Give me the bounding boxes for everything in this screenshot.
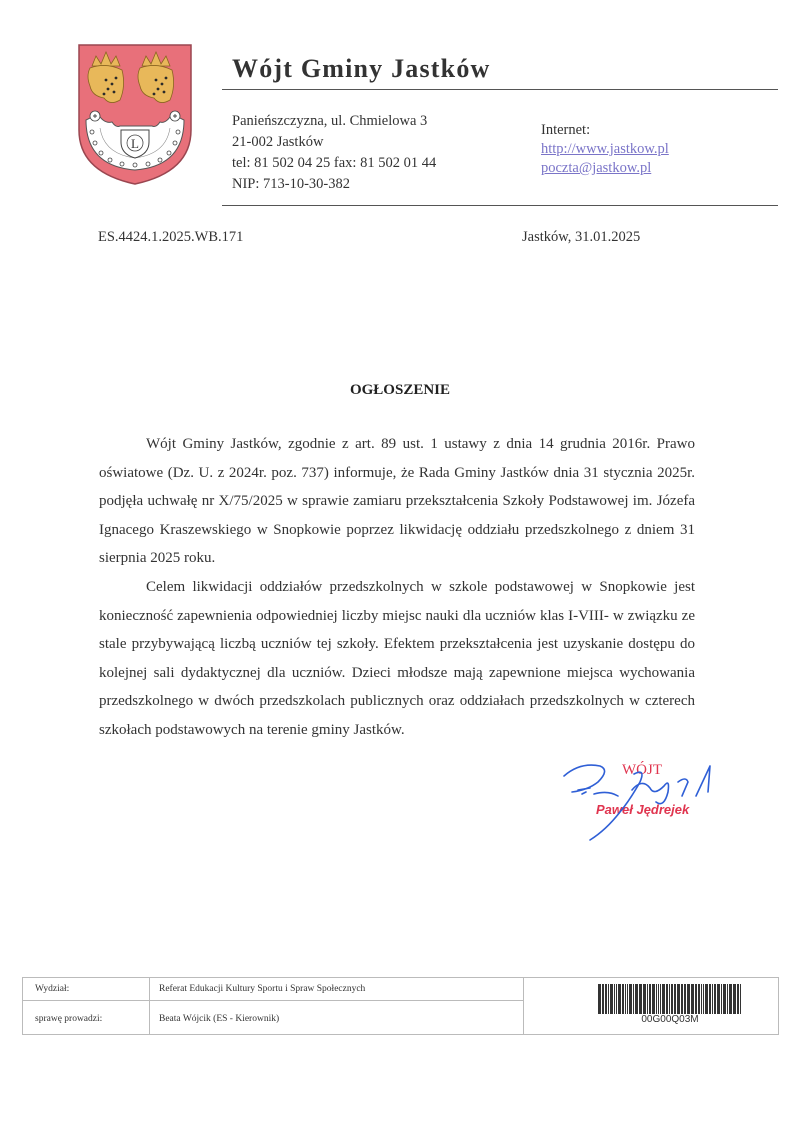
body-paragraph: Wójt Gminy Jastków, zgodnie z art. 89 us…	[99, 430, 695, 573]
footer-value-handler: Beata Wójcik (ES - Kierownik)	[159, 1014, 279, 1024]
website-link[interactable]: http://www.jastkow.pl	[541, 140, 669, 159]
header-bottom-divider	[222, 205, 778, 206]
letterhead-internet: Internet: http://www.jastkow.pl poczta@j…	[541, 121, 669, 178]
letterhead-title: Wójt Gminy Jastków	[232, 54, 491, 84]
footer-table: Wydział: Referat Edukacji Kultury Sportu…	[22, 977, 779, 1035]
barcode-icon	[598, 984, 742, 1014]
coat-of-arms-icon: L	[76, 42, 194, 187]
address-street: Panieńszczyzna, ul. Chmielowa 3	[232, 111, 436, 132]
document-heading: OGŁOSZENIE	[0, 382, 800, 399]
internet-label: Internet:	[541, 121, 669, 140]
body-paragraph: Celem likwidacji oddziałów przedszkolnyc…	[99, 573, 695, 745]
stamp-name: Paweł Jędrejek	[596, 802, 690, 817]
signature-stamp: WÓJT Paweł Jędrejek	[560, 752, 730, 842]
reference-number: ES.4424.1.2025.WB.171	[98, 229, 243, 246]
document-body: Wójt Gminy Jastków, zgodnie z art. 89 us…	[99, 430, 695, 745]
header-divider	[222, 89, 778, 90]
address-nip: NIP: 713-10-30-382	[232, 174, 436, 195]
email-link[interactable]: poczta@jastkow.pl	[541, 159, 669, 178]
barcode-text: 00G00Q03M	[598, 1014, 742, 1025]
address-city: 21-002 Jastków	[232, 132, 436, 153]
footer-label-handler: sprawę prowadzi:	[35, 1014, 102, 1024]
place-date: Jastków, 31.01.2025	[522, 229, 640, 246]
address-phone-fax: tel: 81 502 04 25 fax: 81 502 01 44	[232, 153, 436, 174]
footer-value-department: Referat Edukacji Kultury Sportu i Spraw …	[159, 984, 365, 994]
svg-text:L: L	[131, 136, 139, 151]
letterhead-address: Panieńszczyzna, ul. Chmielowa 3 21-002 J…	[232, 111, 436, 195]
footer-label-department: Wydział:	[35, 984, 69, 994]
